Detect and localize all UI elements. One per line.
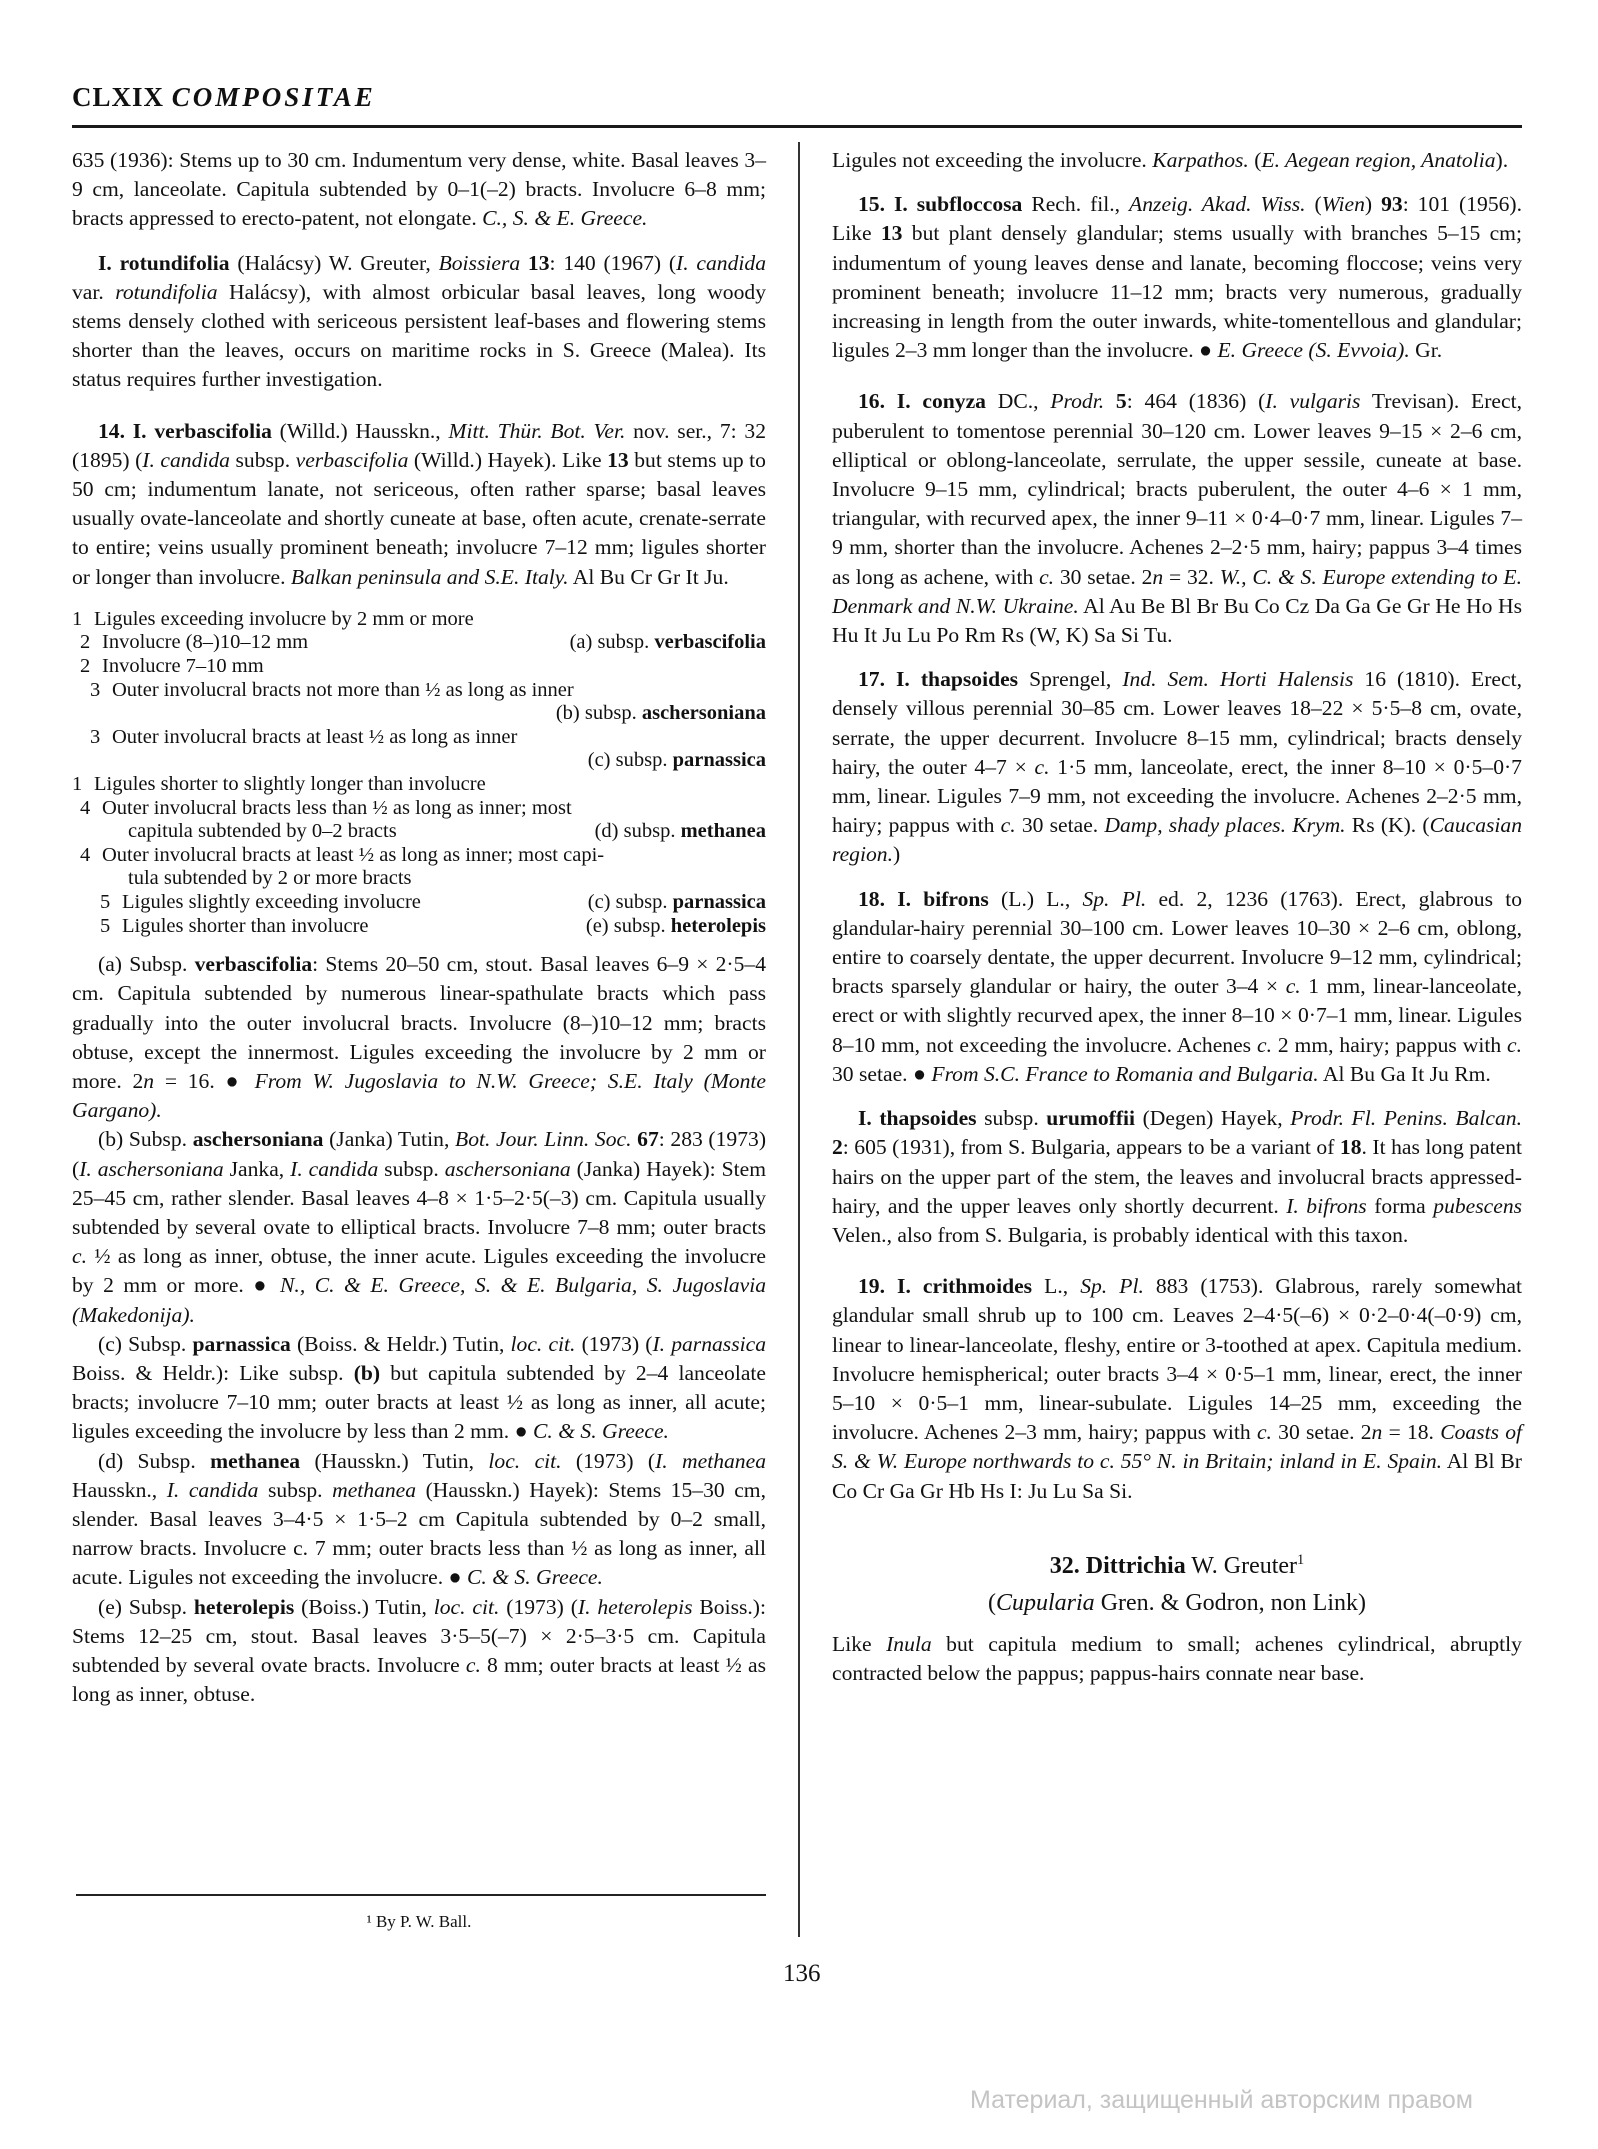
key-lead: 1Ligules shorter to slightly longer than… bbox=[72, 773, 766, 797]
chapter-number: CLXIX bbox=[72, 82, 164, 112]
key-couplet: 4Outer involucral bracts less than ½ as … bbox=[72, 797, 766, 821]
text-run: Ligules not exceeding the involucre. bbox=[832, 148, 1152, 172]
italic-run: loc. cit. bbox=[434, 1595, 500, 1619]
text-run: : 605 (1931), from S. Bulgaria, appears … bbox=[843, 1135, 1340, 1159]
key-text: Outer involucral bracts at least ½ as lo… bbox=[112, 726, 517, 748]
bold-run: 93 bbox=[1381, 192, 1403, 216]
key-result-name: parnassica bbox=[673, 749, 766, 771]
right-column: Ligules not exceeding the involucre. Kar… bbox=[832, 146, 1522, 1688]
right-paragraphs: Ligules not exceeding the involucre. Kar… bbox=[832, 146, 1522, 1506]
text-run: : 140 (1967) ( bbox=[550, 251, 677, 275]
text-run: ) bbox=[893, 842, 900, 866]
key-text: Outer involucral bracts not more than ½ … bbox=[112, 679, 574, 701]
key-couplet: 3Outer involucral bracts not more than ½… bbox=[72, 679, 766, 703]
text-run: Al Bu Cr Gr It Ju. bbox=[569, 565, 729, 589]
italic-run: I. aschersoniana bbox=[79, 1157, 223, 1181]
text-run: 30 setae. bbox=[1016, 813, 1105, 837]
entry-cont-14b: Ligules not exceeding the involucre. Kar… bbox=[832, 146, 1522, 175]
italic-run: verbascifolia bbox=[296, 448, 409, 472]
key-couplet: 4Outer involucral bracts at least ½ as l… bbox=[72, 844, 766, 868]
italic-run: I. methanea bbox=[655, 1449, 766, 1473]
key-result-letter: (a) subsp. bbox=[570, 631, 655, 653]
running-header: CLXIX COMPOSITAE bbox=[72, 82, 376, 113]
footnote-marker: 1 bbox=[1297, 1552, 1304, 1568]
italic-run: Inula bbox=[886, 1632, 932, 1656]
key-lead: 3Outer involucral bracts at least ½ as l… bbox=[90, 726, 766, 750]
key-result: (e) subsp. heterolepis bbox=[578, 915, 766, 939]
genus-name: Dittrichia bbox=[1086, 1553, 1186, 1579]
key-couplet: 2Involucre (8–)10–12 mm(a) subsp. verbas… bbox=[72, 631, 766, 655]
text-run: (Willd.) Hausskn., bbox=[272, 419, 449, 443]
subspecies-key: 1Ligules exceeding involucre by 2 mm or … bbox=[72, 608, 766, 938]
bold-run: methanea bbox=[210, 1449, 300, 1473]
italic-run: Anzeig. Akad. Wiss. bbox=[1129, 192, 1306, 216]
text-run: = 18. bbox=[1382, 1420, 1440, 1444]
key-couplet: 2Involucre 7–10 mm bbox=[72, 655, 766, 679]
key-couplet: 5Ligules shorter than involucre(e) subsp… bbox=[72, 915, 766, 939]
italic-run: c. bbox=[72, 1244, 87, 1268]
text-run: (c) Subsp. bbox=[98, 1332, 192, 1356]
key-result: (c) subsp. parnassica bbox=[580, 891, 766, 915]
italic-run: E. Greece (S. Evvoia). bbox=[1217, 338, 1409, 362]
key-couplet: 5Ligules slightly exceeding involucre(c)… bbox=[72, 891, 766, 915]
text-run: (Boiss.) Tutin, bbox=[294, 1595, 433, 1619]
key-lead: capitula subtended by 0–2 bracts bbox=[128, 820, 587, 844]
column-divider bbox=[798, 142, 800, 1937]
genus-author: W. Greuter bbox=[1191, 1553, 1297, 1579]
text-run: (Boiss. & Heldr.) Tutin, bbox=[291, 1332, 511, 1356]
bold-run: I. thapsoides bbox=[858, 1106, 977, 1130]
key-couplet: tula subtended by 2 or more bracts bbox=[72, 867, 766, 891]
italic-run: Bot. Jour. Linn. Soc. bbox=[455, 1127, 632, 1151]
italic-run: c. bbox=[1035, 755, 1050, 779]
key-lead: 5Ligules slightly exceeding involucre bbox=[100, 891, 580, 915]
italic-run: Sp. Pl. bbox=[1080, 1274, 1144, 1298]
text-run: Janka, bbox=[224, 1157, 290, 1181]
key-number: 5 bbox=[100, 891, 122, 915]
italic-run: I. parnassica bbox=[652, 1332, 766, 1356]
text-run: Trevisan). Erect, puberulent to tomentos… bbox=[832, 389, 1522, 588]
entry-species-17: 17. I. thapsoides Sprengel, Ind. Sem. Ho… bbox=[832, 665, 1522, 869]
bold-run: 18. I. bifrons bbox=[858, 887, 989, 911]
text-run: subsp. bbox=[378, 1157, 444, 1181]
bold-run: 15. I. subfloccosa bbox=[858, 192, 1022, 216]
entry-cont-13: 635 (1936): Stems up to 30 cm. Indumentu… bbox=[72, 146, 766, 234]
text-run: L., bbox=[1032, 1274, 1080, 1298]
header-rule bbox=[72, 125, 1522, 128]
key-text: Ligules exceeding involucre by 2 mm or m… bbox=[94, 608, 474, 630]
italic-run: c. bbox=[1507, 1033, 1522, 1057]
italic-run: c. bbox=[1001, 813, 1016, 837]
key-text: Outer involucral bracts less than ½ as l… bbox=[102, 797, 572, 819]
text-run: (1973) ( bbox=[575, 1332, 652, 1356]
text-run: (L.) L., bbox=[989, 887, 1083, 911]
key-couplet: 3Outer involucral bracts at least ½ as l… bbox=[72, 726, 766, 750]
key-result-name: methanea bbox=[681, 820, 766, 842]
entry-species-16: 16. I. conyza DC., Prodr. 5: 464 (1836) … bbox=[832, 387, 1522, 650]
family-name: COMPOSITAE bbox=[172, 82, 376, 112]
italic-run: Damp, shady places. Krym. bbox=[1104, 813, 1345, 837]
text-run: forma bbox=[1367, 1194, 1434, 1218]
key-result-letter: (d) subsp. bbox=[595, 820, 681, 842]
left-paragraphs-bottom: (a) Subsp. verbascifolia: Stems 20–50 cm… bbox=[72, 950, 766, 1709]
italic-run: I. heterolepis bbox=[578, 1595, 693, 1619]
text-run: (a) Subsp. bbox=[98, 952, 195, 976]
text-run: Al Bu Ga It Ju Rm. bbox=[1319, 1062, 1491, 1086]
bold-run: parnassica bbox=[192, 1332, 290, 1356]
text-run: (Degen) Hayek, bbox=[1135, 1106, 1290, 1130]
italic-run: c. bbox=[1286, 974, 1301, 998]
key-number: 1 bbox=[72, 608, 94, 632]
key-text: Involucre 7–10 mm bbox=[102, 655, 264, 677]
key-result-letter: (b) subsp. bbox=[556, 702, 642, 724]
italic-run: Ind. Sem. Horti Halensis bbox=[1122, 667, 1353, 691]
key-number: 2 bbox=[80, 631, 102, 655]
key-couplet: capitula subtended by 0–2 bracts(d) subs… bbox=[72, 820, 766, 844]
genus-synonym: (Cupularia Gren. & Godron, non Link) bbox=[832, 1586, 1522, 1620]
text-run: Hausskn., bbox=[72, 1478, 167, 1502]
key-result: (d) subsp. methanea bbox=[587, 820, 766, 844]
bold-run: verbascifolia bbox=[195, 952, 313, 976]
key-text: Ligules slightly exceeding involucre bbox=[122, 891, 421, 913]
text-run: var. bbox=[72, 280, 115, 304]
genus-heading: 32. Dittrichia W. Greuter1 bbox=[832, 1550, 1522, 1582]
synonym-genus: Cupularia bbox=[996, 1590, 1095, 1616]
italic-run: c. bbox=[1039, 565, 1054, 589]
left-paragraphs-top: 635 (1936): Stems up to 30 cm. Indumentu… bbox=[72, 146, 766, 592]
footnote-rule bbox=[76, 1894, 766, 1896]
italic-run: I. candida bbox=[676, 251, 766, 275]
italic-run: Sp. Pl. bbox=[1082, 887, 1146, 911]
entry-species-19: 19. I. crithmoides L., Sp. Pl. 883 (1753… bbox=[832, 1272, 1522, 1506]
entry-rotundifolia: I. rotundifolia (Halácsy) W. Greuter, Bo… bbox=[72, 249, 766, 395]
entry-subsp-b: (b) Subsp. aschersoniana (Janka) Tutin, … bbox=[72, 1125, 766, 1329]
key-result-name: parnassica bbox=[673, 891, 766, 913]
key-text: Involucre (8–)10–12 mm bbox=[102, 631, 308, 653]
key-result-letter: (e) subsp. bbox=[586, 915, 671, 937]
text-run: subsp. bbox=[977, 1106, 1047, 1130]
key-number: 4 bbox=[80, 797, 102, 821]
text-run: 2 mm, hairy; pappus with bbox=[1272, 1033, 1507, 1057]
text-run: ). bbox=[1496, 148, 1509, 172]
italic-run: loc. cit. bbox=[488, 1449, 561, 1473]
key-result: (a) subsp. verbascifolia bbox=[562, 631, 766, 655]
italic-run: aschersoniana bbox=[445, 1157, 571, 1181]
key-lead: 1Ligules exceeding involucre by 2 mm or … bbox=[72, 608, 766, 632]
bold-run: aschersoniana bbox=[193, 1127, 324, 1151]
key-result-name: heterolepis bbox=[671, 915, 766, 937]
bold-run: I. rotundifolia bbox=[98, 251, 230, 275]
copyright-watermark: Материал, защищенный авторским правом bbox=[970, 2086, 1473, 2115]
key-text: Outer involucral bracts at least ½ as lo… bbox=[102, 844, 604, 866]
key-text: Ligules shorter than involucre bbox=[122, 915, 369, 937]
key-number: 2 bbox=[80, 655, 102, 679]
text-run: (Willd.) Hayek). Like bbox=[408, 448, 607, 472]
key-result: (c) subsp. parnassica bbox=[580, 749, 766, 773]
genus-description: Like Inula but capitula medium to small;… bbox=[832, 1630, 1522, 1688]
italic-run: pubescens bbox=[1433, 1194, 1522, 1218]
bold-run: 13 bbox=[881, 221, 903, 245]
key-result-name: aschersoniana bbox=[642, 702, 766, 724]
bold-run: 67 bbox=[632, 1127, 659, 1151]
italic-run: Prodr. Fl. Penins. Balcan. bbox=[1290, 1106, 1522, 1130]
italic-run: From S.C. France to Romania and Bulgaria… bbox=[931, 1062, 1318, 1086]
key-result-letter: (c) subsp. bbox=[588, 749, 673, 771]
bold-run: 16. I. conyza bbox=[858, 389, 986, 413]
key-number: 4 bbox=[80, 844, 102, 868]
bold-run: 14. I. verbascifolia bbox=[98, 419, 272, 443]
text-run: (e) Subsp. bbox=[98, 1595, 194, 1619]
text-run: subsp. bbox=[258, 1478, 332, 1502]
italic-run: Mitt. Thür. Bot. Ver. bbox=[448, 419, 625, 443]
text-run: ) bbox=[1365, 192, 1381, 216]
key-lead: 3Outer involucral bracts not more than ½… bbox=[90, 679, 766, 703]
key-lead: tula subtended by 2 or more bracts bbox=[128, 867, 766, 891]
bold-run: urumoffii bbox=[1046, 1106, 1135, 1130]
italic-run: rotundifolia bbox=[115, 280, 217, 304]
italic-run: I. candida bbox=[142, 448, 230, 472]
text-run: Boiss. & Heldr.): Like subsp. bbox=[72, 1361, 354, 1385]
text-run: Like bbox=[832, 1632, 886, 1656]
italic-run: c. bbox=[1257, 1033, 1272, 1057]
text-run: (Hausskn.) Tutin, bbox=[300, 1449, 488, 1473]
bold-run: 13 bbox=[520, 251, 549, 275]
entry-species-18: 18. I. bifrons (L.) L., Sp. Pl. ed. 2, 1… bbox=[832, 885, 1522, 1089]
key-number: 1 bbox=[72, 773, 94, 797]
text-run: (d) Subsp. bbox=[98, 1449, 210, 1473]
key-couplet: 1Ligules shorter to slightly longer than… bbox=[72, 773, 766, 797]
italic-run: I. vulgaris bbox=[1265, 389, 1360, 413]
text-run: 30 setae. 2 bbox=[1054, 565, 1152, 589]
text-run: = 16. ● bbox=[154, 1069, 254, 1093]
bold-run: 19. I. crithmoides bbox=[858, 1274, 1032, 1298]
italic-run: c. bbox=[1257, 1420, 1272, 1444]
left-column: 635 (1936): Stems up to 30 cm. Indumentu… bbox=[72, 146, 766, 1709]
key-lead: 5Ligules shorter than involucre bbox=[100, 915, 578, 939]
italic-run: C. & S. Greece. bbox=[533, 1419, 669, 1443]
key-text: capitula subtended by 0–2 bracts bbox=[128, 820, 397, 842]
italic-run: Balkan peninsula and S.E. Italy. bbox=[291, 565, 569, 589]
text-run: Gr. bbox=[1410, 338, 1442, 362]
text-run: ( bbox=[1249, 148, 1262, 172]
italic-run: C. & S. Greece. bbox=[467, 1565, 603, 1589]
text-run: 30 setae. ● bbox=[832, 1062, 931, 1086]
key-text: Ligules shorter to slightly longer than … bbox=[94, 773, 486, 795]
genus-number: 32. bbox=[1050, 1553, 1080, 1579]
text-run: ( bbox=[1306, 192, 1322, 216]
bold-run: 13 bbox=[607, 448, 629, 472]
key-couplet: (c) subsp. parnassica bbox=[72, 749, 766, 773]
italic-run: Wien bbox=[1322, 192, 1365, 216]
text-run: but capitula medium to small; achenes cy… bbox=[832, 1632, 1522, 1685]
text-run: 883 (1753). Glabrous, rarely somewhat gl… bbox=[832, 1274, 1522, 1444]
text-run: 30 setae. 2 bbox=[1272, 1420, 1372, 1444]
italic-run: C., S. & E. Greece. bbox=[482, 206, 647, 230]
key-lead: 4Outer involucral bracts at least ½ as l… bbox=[80, 844, 766, 868]
text-run: Rs (K). ( bbox=[1346, 813, 1430, 837]
key-lead: 2Involucre 7–10 mm bbox=[80, 655, 766, 679]
page-number: 136 bbox=[783, 1960, 821, 1988]
text-run: : 464 (1836) ( bbox=[1127, 389, 1266, 413]
bold-run: 18 bbox=[1340, 1135, 1362, 1159]
key-result-letter: (c) subsp. bbox=[588, 891, 673, 913]
key-result-name: verbascifolia bbox=[654, 631, 766, 653]
entry-species-14: 14. I. verbascifolia (Willd.) Hausskn., … bbox=[72, 417, 766, 592]
synonym-authority: Gren. & Godron, non Link bbox=[1101, 1590, 1358, 1616]
entry-species-15: 15. I. subfloccosa Rech. fil., Anzeig. A… bbox=[832, 190, 1522, 365]
key-lead: 2Involucre (8–)10–12 mm bbox=[80, 631, 562, 655]
key-number: 3 bbox=[90, 679, 112, 703]
entry-subsp-a: (a) Subsp. verbascifolia: Stems 20–50 cm… bbox=[72, 950, 766, 1125]
text-run: DC., bbox=[986, 389, 1050, 413]
entry-subsp-c: (c) Subsp. parnassica (Boiss. & Heldr.) … bbox=[72, 1330, 766, 1447]
text-run: subsp. bbox=[230, 448, 296, 472]
italic-run: E. Aegean region, Anatolia bbox=[1261, 148, 1495, 172]
italic-run: n bbox=[1152, 565, 1163, 589]
key-text: tula subtended by 2 or more bracts bbox=[128, 867, 412, 889]
text-run: Rech. fil., bbox=[1022, 192, 1129, 216]
key-couplet: (b) subsp. aschersoniana bbox=[72, 702, 766, 726]
bold-run: heterolepis bbox=[194, 1595, 294, 1619]
footnote: ¹ By P. W. Ball. bbox=[72, 1912, 766, 1932]
italic-run: methanea bbox=[332, 1478, 416, 1502]
key-result: (b) subsp. aschersoniana bbox=[548, 702, 766, 726]
key-lead: 4Outer involucral bracts less than ½ as … bbox=[80, 797, 766, 821]
key-number: 5 bbox=[100, 915, 122, 939]
italic-run: Prodr. bbox=[1050, 389, 1104, 413]
italic-run: Karpathos. bbox=[1152, 148, 1249, 172]
text-run: Velen., also from S. Bulgaria, is probab… bbox=[832, 1223, 1408, 1247]
bold-run: 5 bbox=[1104, 389, 1127, 413]
entry-subsp-e: (e) Subsp. heterolepis (Boiss.) Tutin, l… bbox=[72, 1593, 766, 1710]
italic-run: n bbox=[143, 1069, 154, 1093]
text-run: (Halácsy) W. Greuter, bbox=[230, 251, 439, 275]
key-couplet: 1Ligules exceeding involucre by 2 mm or … bbox=[72, 608, 766, 632]
text-run: (b) Subsp. bbox=[98, 1127, 193, 1151]
entry-urumoffii: I. thapsoides subsp. urumoffii (Degen) H… bbox=[832, 1104, 1522, 1250]
bold-run: (b) bbox=[354, 1361, 380, 1385]
bold-run: 2 bbox=[832, 1135, 843, 1159]
italic-run: I. candida bbox=[167, 1478, 259, 1502]
entry-subsp-d: (d) Subsp. methanea (Hausskn.) Tutin, lo… bbox=[72, 1447, 766, 1593]
italic-run: Boissiera bbox=[439, 251, 521, 275]
key-number: 3 bbox=[90, 726, 112, 750]
text-run: 635 (1936): Stems up to 30 cm. Indumentu… bbox=[72, 148, 766, 230]
text-run: = 32. bbox=[1163, 565, 1220, 589]
italic-run: I. bifrons bbox=[1286, 1194, 1366, 1218]
italic-run: n bbox=[1372, 1420, 1383, 1444]
italic-run: c. bbox=[466, 1653, 481, 1677]
text-run: (1973) ( bbox=[499, 1595, 578, 1619]
text-run: Sprengel, bbox=[1018, 667, 1122, 691]
text-run: (Janka) Tutin, bbox=[323, 1127, 455, 1151]
bold-run: 17. I. thapsoides bbox=[858, 667, 1018, 691]
italic-run: I. candida bbox=[290, 1157, 378, 1181]
italic-run: loc. cit. bbox=[511, 1332, 576, 1356]
text-run: (1973) ( bbox=[562, 1449, 656, 1473]
